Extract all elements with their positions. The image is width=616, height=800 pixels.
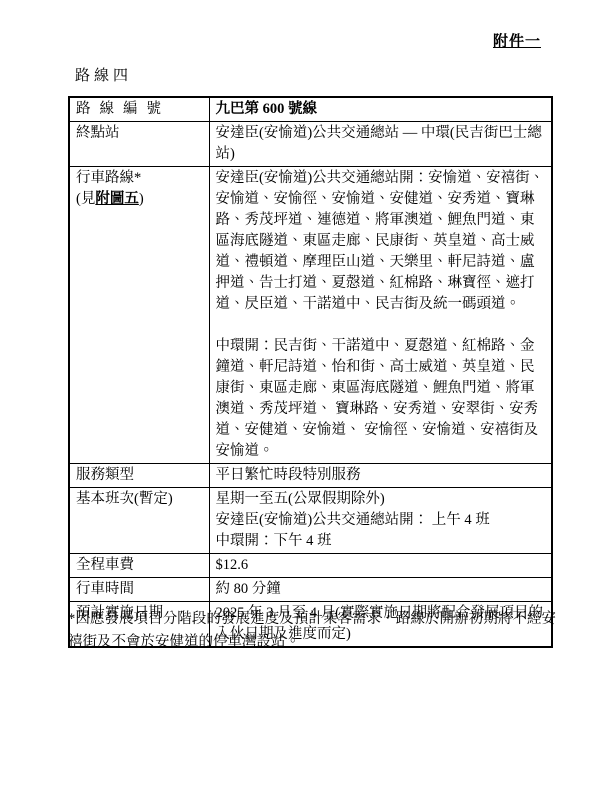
routing-outbound-paragraph: 安達臣(安愉道)公共交通總站開：安愉道、安禧街、安愉道、安愉徑、安愉道、安健道、… <box>216 168 546 315</box>
frequency-line-inbound: 中環開：下午 4 班 <box>216 531 546 552</box>
routing-inbound-paragraph: 中環開：民吉街、干諾道中、夏慤道、紅棉路、金鐘道、軒尼詩道、怡和街、高士威道、英… <box>216 336 546 462</box>
frequency-label: 基本班次(暫定) <box>76 491 173 507</box>
service-type-value: 平日繁忙時段特別服務 <box>216 467 361 483</box>
table-row-journey-time: 行車時間 約 80 分鐘 <box>69 578 552 602</box>
document-page: 附件一 路線四 路線編號 九巴第 600 號線 終點站 安達臣(安愉道)公共交通… <box>0 0 616 800</box>
journey-time-label: 行車時間 <box>76 581 134 597</box>
routing-ref-figure: 附圖五 <box>95 191 139 207</box>
footnote: *因應發展項目分階段的發展進度及預計乘客需求，路線於開辦初期將不經安禧街及不會於… <box>68 608 556 654</box>
routing-label-line2: (見附圖五) <box>76 189 203 210</box>
appendix-label: 附件一 <box>493 30 541 51</box>
fare-value: $12.6 <box>216 557 249 573</box>
route-info-table: 路線編號 九巴第 600 號線 終點站 安達臣(安愉道)公共交通總站 — 中環(… <box>68 96 553 648</box>
termini-value: 安達臣(安愉道)公共交通總站 — 中環(民吉街巴士總站) <box>216 125 542 162</box>
route-number-value: 九巴第 600 號線 <box>216 101 318 117</box>
journey-time-value: 約 80 分鐘 <box>216 581 281 597</box>
route-number-label: 路線編號 <box>76 101 170 117</box>
table-row-route-number: 路線編號 九巴第 600 號線 <box>69 97 552 122</box>
termini-label: 終點站 <box>76 125 120 141</box>
table-row-routing: 行車路線* (見附圖五) 安達臣(安愉道)公共交通總站開：安愉道、安禧街、安愉道… <box>69 167 552 464</box>
service-type-label: 服務類型 <box>76 467 134 483</box>
table-row-fare: 全程車費 $12.6 <box>69 554 552 578</box>
fare-label: 全程車費 <box>76 557 134 573</box>
page-title: 路線四 <box>75 64 132 85</box>
routing-ref-prefix: (見 <box>76 191 95 207</box>
routing-ref-suffix: ) <box>139 191 144 207</box>
table-row-service-type: 服務類型 平日繁忙時段特別服務 <box>69 464 552 488</box>
frequency-line-outbound: 安達臣(安愉道)公共交通總站開： 上午 4 班 <box>216 510 546 531</box>
table-row-frequency: 基本班次(暫定) 星期一至五(公眾假期除外) 安達臣(安愉道)公共交通總站開： … <box>69 488 552 554</box>
table-row-termini: 終點站 安達臣(安愉道)公共交通總站 — 中環(民吉街巴士總站) <box>69 122 552 167</box>
frequency-line-days: 星期一至五(公眾假期除外) <box>216 489 546 510</box>
routing-label-line1: 行車路線* <box>76 168 203 189</box>
